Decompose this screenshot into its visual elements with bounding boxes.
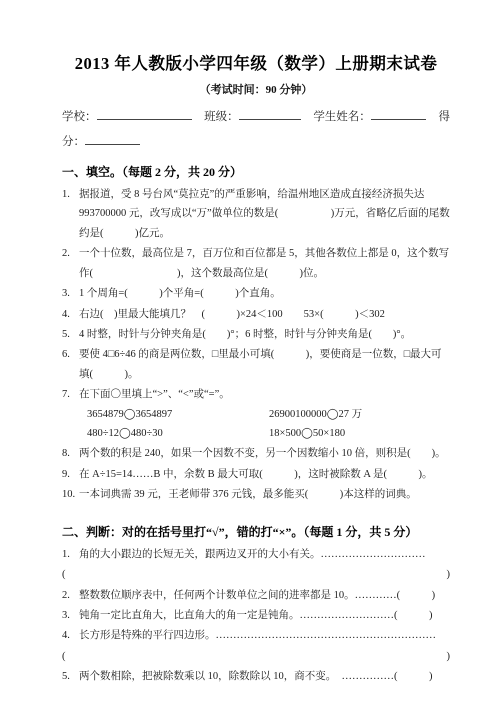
item-number: 3.	[62, 606, 79, 625]
item-text: 4 时整，时针与分钟夹角是( )°；6 时整，时针与分钟夹角是( )°。	[79, 325, 450, 344]
paren-close: )	[447, 565, 451, 584]
item-text-line: 在下面〇里填上“>”、“<”或“=”。	[79, 385, 450, 404]
judge-item-4: 4. 长方形是特殊的平行四边形。………………………………………………………	[62, 626, 450, 645]
fill-item-10: 10. 一本词典需 39 元，王老师带 376 元钱，最多能买( )本这样的词典…	[62, 485, 450, 504]
exam-duration-subtitle: （考试时间：90 分钟）	[62, 81, 450, 97]
school-blank	[97, 108, 192, 120]
fill-item-9: 9. 在 A÷15=14……B 中，余数 B 最大可取( )，这时被除数 A 是…	[62, 465, 450, 484]
score-blank	[85, 133, 140, 145]
judge-item-2: 2. 整数数位顺序表中，任何两个计数单位之间的进率都是 10。…………( )	[62, 586, 450, 605]
item-text: 长方形是特殊的平行四边形。………………………………………………………	[79, 626, 450, 645]
item-number: 10.	[62, 485, 79, 504]
score-label-part2: 分：	[62, 136, 85, 148]
item-text: 要使 4□6÷46 的商是两位数，□里最小可填( )，要使商是一位数，□最大可填…	[79, 345, 450, 384]
item-number: 1.	[62, 185, 79, 243]
judge-item-1-paren: ( )	[62, 565, 450, 584]
section-judge-header: 二、判断：对的在括号里打“√”，错的打“×”。（每题 1 分，共 5 分）	[62, 523, 450, 540]
item-number: 4.	[62, 626, 79, 645]
item-text-line: 两个数相除，把被除数乘以 10，除数除以 10，商不变。 ……………( )	[79, 667, 450, 686]
comparison-row: 3654879◯3654897 26900100000◯27 万	[79, 405, 450, 424]
item-number: 4.	[62, 305, 79, 324]
item-text-line: 长方形是特殊的平行四边形。………………………………………………………	[79, 626, 450, 645]
item-number: 2.	[62, 244, 79, 283]
class-field: 班级：	[204, 108, 301, 124]
item-number: 5.	[62, 325, 79, 344]
comparison-expression: 3654879◯3654897	[87, 405, 269, 424]
section-fill-header: 一、填空。（每题 2 分，共 20 分）	[62, 163, 450, 180]
item-text: 钝角一定比直角大，比直角大的角一定是钝角。………………………( )	[79, 606, 450, 625]
item-number: 6.	[62, 345, 79, 384]
fill-item-6: 6. 要使 4□6÷46 的商是两位数，□里最小可填( )，要使商是一位数，□最…	[62, 345, 450, 384]
student-name-blank	[371, 108, 426, 120]
fill-item-1: 1. 据报道，受 8 号台风“莫拉克”的严重影响，给温州地区造成直接经济损失达 …	[62, 185, 450, 243]
class-label: 班级：	[204, 111, 239, 123]
item-number: 5.	[62, 667, 79, 686]
fill-item-7: 7. 在下面〇里填上“>”、“<”或“=”。 3654879◯3654897 2…	[62, 385, 450, 443]
item-text: 两个数相除，把被除数乘以 10，除数除以 10，商不变。 ……………( )	[79, 667, 450, 686]
student-info-line: 学校： 班级： 学生姓名： 得	[62, 108, 450, 124]
answer-paren-row: ( )	[62, 647, 450, 666]
exam-paper: 2013 年人教版小学四年级（数学）上册期末试卷 （考试时间：90 分钟） 学校…	[0, 0, 500, 707]
class-blank	[239, 108, 301, 120]
score-label-part1: 得	[438, 108, 450, 124]
fill-item-5: 5. 4 时整，时针与分钟夹角是( )°；6 时整，时针与分钟夹角是( )°。	[62, 325, 450, 344]
item-number: 7.	[62, 385, 79, 443]
item-text-line: 整数数位顺序表中，任何两个计数单位之间的进率都是 10。…………( )	[79, 586, 450, 605]
item-number: 3.	[62, 284, 79, 303]
item-text: 在下面〇里填上“>”、“<”或“=”。 3654879◯3654897 2690…	[79, 385, 450, 443]
school-label: 学校：	[62, 111, 97, 123]
paren-open: (	[62, 647, 66, 666]
item-text: 据报道，受 8 号台风“莫拉克”的严重影响，给温州地区造成直接经济损失达 993…	[79, 185, 450, 243]
item-text: 一个十位数，最高位是 7，百万位和百位都是 5，其他各数位上都是 0，这个数写作…	[79, 244, 450, 283]
item-text: 整数数位顺序表中，任何两个计数单位之间的进率都是 10。…………( )	[79, 586, 450, 605]
paren-open: (	[62, 565, 66, 584]
student-name-field: 学生姓名：	[313, 108, 426, 124]
item-text: 右边( )里最大能填几？ ( )×24＜100 53×( )＜302	[79, 305, 450, 324]
item-text-line: 钝角一定比直角大，比直角大的角一定是钝角。………………………( )	[79, 606, 450, 625]
item-text: 角的大小跟边的长短无关，跟两边叉开的大小有关。…………………………	[79, 545, 450, 564]
item-text: 在 A÷15=14……B 中，余数 B 最大可取( )，这时被除数 A 是( )…	[79, 465, 450, 484]
comparison-expression: 26900100000◯27 万	[269, 405, 450, 424]
item-number: 8.	[62, 444, 79, 463]
judge-item-1: 1. 角的大小跟边的长短无关，跟两边叉开的大小有关。…………………………	[62, 545, 450, 564]
student-name-label: 学生姓名：	[313, 111, 371, 123]
item-number: 9.	[62, 465, 79, 484]
judge-item-5: 5. 两个数相除，把被除数乘以 10，除数除以 10，商不变。 ……………( )	[62, 667, 450, 686]
item-number: 1.	[62, 545, 79, 564]
fill-item-3: 3. 1 个周角=( )个平角=( )个直角。	[62, 284, 450, 303]
item-text: 1 个周角=( )个平角=( )个直角。	[79, 284, 450, 303]
item-text: 两个数的积是 240，如果一个因数不变，另一个因数缩小 10 倍，则积是( )。	[79, 444, 450, 463]
fill-item-2: 2. 一个十位数，最高位是 7，百万位和百位都是 5，其他各数位上都是 0，这个…	[62, 244, 450, 283]
item-text-line: 角的大小跟边的长短无关，跟两边叉开的大小有关。…………………………	[79, 545, 450, 564]
page-title: 2013 年人教版小学四年级（数学）上册期末试卷	[62, 50, 450, 74]
score-field: 分：	[62, 133, 450, 149]
comparison-expression: 480÷12◯480÷30	[87, 424, 269, 443]
school-field: 学校：	[62, 108, 192, 124]
paren-close: )	[447, 647, 451, 666]
fill-item-4: 4. 右边( )里最大能填几？ ( )×24＜100 53×( )＜302	[62, 305, 450, 324]
comparison-row: 480÷12◯480÷30 18×500◯50×180	[79, 424, 450, 443]
comparison-expression: 18×500◯50×180	[269, 424, 450, 443]
item-number: 2.	[62, 586, 79, 605]
judge-item-3: 3. 钝角一定比直角大，比直角大的角一定是钝角。………………………( )	[62, 606, 450, 625]
fill-item-8: 8. 两个数的积是 240，如果一个因数不变，另一个因数缩小 10 倍，则积是(…	[62, 444, 450, 463]
item-text: 一本词典需 39 元，王老师带 376 元钱，最多能买( )本这样的词典。	[79, 485, 450, 504]
answer-paren-row: ( )	[62, 565, 450, 584]
judge-item-4-paren: ( )	[62, 647, 450, 666]
